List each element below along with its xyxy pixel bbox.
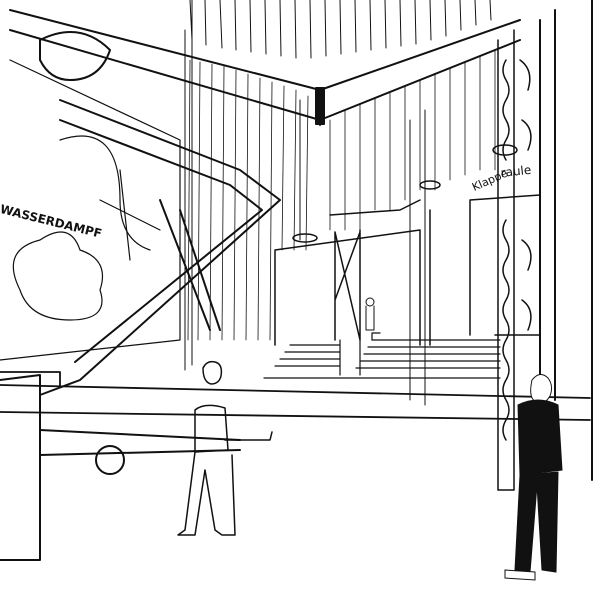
- ceiling-hatching: [190, 0, 491, 58]
- foreground-beam: [0, 372, 590, 420]
- man-with-outstretched-arm: [178, 362, 272, 535]
- hanging-cables: [185, 0, 425, 405]
- boom-lift: [0, 32, 280, 560]
- back-wall-hatching: [188, 50, 495, 340]
- small-figure-on-stairs: [366, 298, 374, 330]
- stage-sketch: [0, 0, 604, 602]
- stairs: [264, 333, 500, 378]
- set-pieces: [275, 195, 540, 345]
- ceiling-border: [10, 10, 520, 125]
